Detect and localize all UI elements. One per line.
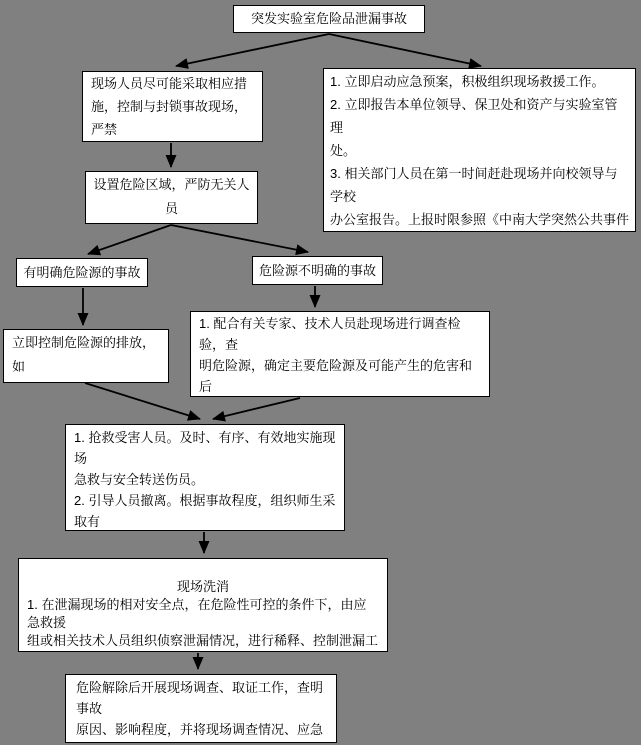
flow-node-danger-zone: 设置危险区域，严防无关人 员 <box>85 171 258 224</box>
decontamination-body: 1. 在泄漏现场的相对安全点，在危险性可控的条件下，由应急救援 组或相关技术人员… <box>27 596 379 652</box>
flow-node-onsite-measures: 现场人员尽可能采取相应措 施，控制与封锁事故现场，严禁 无关人员进入。 <box>82 71 263 142</box>
arrow-start-to-notify <box>329 34 481 66</box>
decontamination-title: 现场洗消 <box>27 578 379 596</box>
flowchart-canvas: 突发实验室危险品泄漏事故 现场人员尽可能采取相应措 施，控制与封锁事故现场，严禁… <box>0 0 641 745</box>
arrow-control-to-rescue <box>85 383 200 419</box>
flow-node-unknown-hazard: 危险源不明确的事故 <box>252 256 383 285</box>
flow-node-start: 突发实验室危险品泄漏事故 <box>233 5 425 33</box>
flow-node-decontamination: 现场洗消1. 在泄漏现场的相对安全点，在危险性可控的条件下，由应急救援 组或相关… <box>18 558 388 652</box>
flow-node-investigation-report: 危险解除后开展现场调查、取证工作，查明事故 原因、影响程度，并将现场调查情况、应… <box>65 674 337 743</box>
arrow-start-to-onsite <box>176 34 329 66</box>
flow-node-control-source: 立即控制危险源的排放，如 切断毒源、电源、气源等 <box>3 329 169 383</box>
flow-node-emergency-notification: 1. 立即启动应急预案，积极组织现场救援工作。 2. 立即报告本单位领导、保卫处… <box>323 68 636 232</box>
arrow-investigate-to-rescue <box>213 398 300 419</box>
arrow-zone-to-known <box>88 225 171 254</box>
flow-node-rescue-evacuate: 1. 抢救受害人员。及时、有序、有效地实施现场 急救与安全转送伤员。 2. 引导… <box>65 424 345 531</box>
arrow-zone-to-unknown <box>171 225 308 252</box>
flow-node-expert-investigation: 1. 配合有关专家、技术人员赴现场进行调查检验，查 明危险源，确定主要危险源及可… <box>190 311 490 397</box>
flow-node-known-hazard: 有明确危险源的事故 <box>16 258 148 287</box>
